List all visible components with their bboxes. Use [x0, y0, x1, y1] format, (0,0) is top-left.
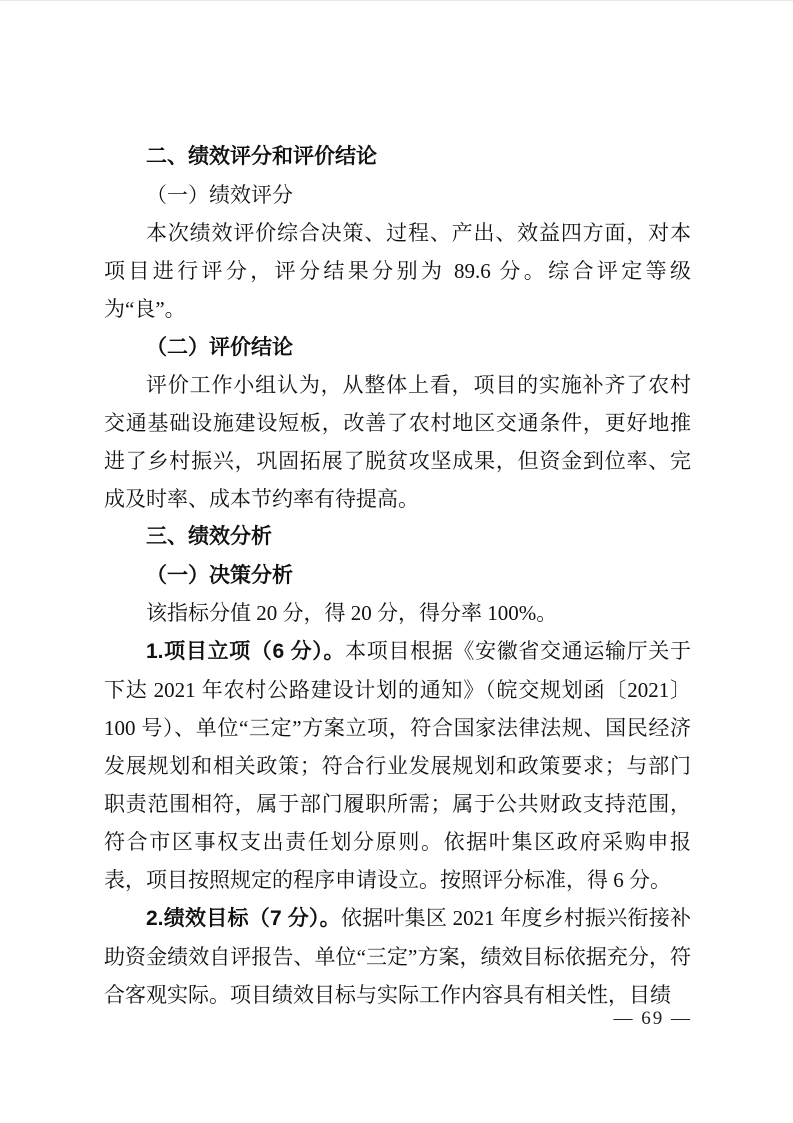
subsection-heading-evaluation-conclusion: （二）评价结论 [104, 328, 691, 366]
paragraph-project-initiation: 1.项目立项（6 分）。本项目根据《安徽省交通运输厅关于下达 2021 年农村公… [104, 632, 691, 899]
paragraph-lead-performance-target: 2.绩效目标（7 分）。 [146, 907, 341, 930]
paragraph-performance-target: 2.绩效目标（7 分）。依据叶集区 2021 年度乡村振兴衔接补助资金绩效自评报… [104, 899, 691, 1014]
subsection-heading-decision-analysis: （一）决策分析 [104, 556, 691, 594]
subsection-heading-performance-score: （一）绩效评分 [104, 176, 691, 214]
page-number: — 69 — [614, 1004, 693, 1034]
section-heading-performance-score-and-conclusion: 二、绩效评分和评价结论 [104, 138, 691, 176]
paragraph-body-project-initiation: 本项目根据《安徽省交通运输厅关于下达 2021 年农村公路建设计划的通知》（皖交… [104, 639, 691, 892]
paragraph-lead-project-initiation: 1.项目立项（6 分）。 [146, 640, 345, 663]
section-heading-performance-analysis: 三、绩效分析 [104, 518, 691, 556]
document-content: 二、绩效评分和评价结论 （一）绩效评分 本次绩效评价综合决策、过程、产出、效益四… [104, 138, 691, 1014]
paragraph-evaluation-conclusion: 评价工作小组认为，从整体上看，项目的实施补齐了农村交通基础设施建设短板，改善了农… [104, 366, 691, 518]
paragraph-indicator-score: 该指标分值 20 分，得 20 分，得分率 100%。 [104, 594, 691, 632]
document-page: 二、绩效评分和评价结论 （一）绩效评分 本次绩效评价综合决策、过程、产出、效益四… [0, 0, 793, 1123]
paragraph-score-summary: 本次绩效评价综合决策、过程、产出、效益四方面，对本项目进行评分，评分结果分别为 … [104, 214, 691, 328]
